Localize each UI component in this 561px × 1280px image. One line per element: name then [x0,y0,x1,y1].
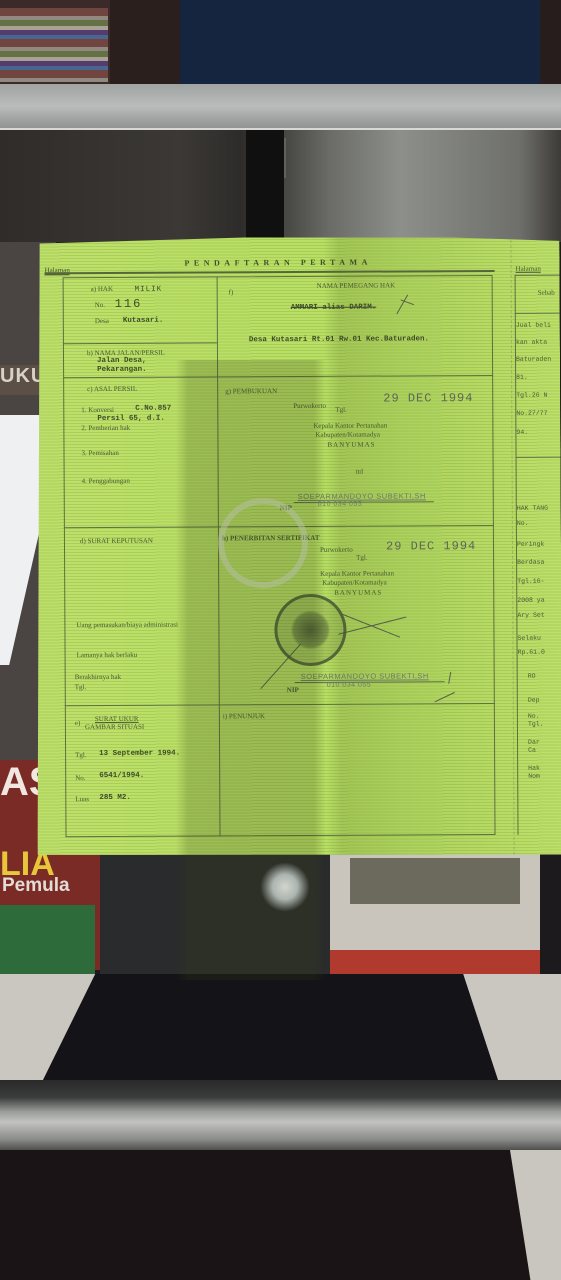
header-fragment: Sebab [538,289,555,297]
hak-no-value: 116 [115,297,143,311]
pemegang-name: AMMARI alias DARIM. [291,304,377,312]
second-page-line: Tgl.26 N [516,392,547,399]
land-certificate: Halaman PENDAFTARAN PERTAMA a) HAK MILIK… [34,235,561,858]
light-glare [260,862,310,912]
nip-value: 010 034 055 [327,682,371,689]
second-page-line: HAK TANG [517,505,548,512]
surat-ukur-prefix: e) [75,719,80,727]
keputusan-field: Berakhirnya hak [75,673,122,681]
second-page-line: 81. [516,374,528,381]
office-line: BANYUMAS [327,441,375,449]
second-page-line: Tgl.16- [517,578,544,585]
desa-label: Desa [95,317,109,325]
penunjuk-label: i) PENUNJUK [223,712,265,720]
office-line: Kepala Kantor Pertanahan [313,422,387,430]
asal-persil-item: 2. Pemberian hak [81,424,130,432]
surat-keputusan-label: d) SURAT KEPUTUSAN [80,537,153,545]
penerbitan-place: Purwokerto [320,546,353,554]
asal-persil-label: c) ASAL PERSIL [87,385,137,393]
poster-text: Pemula [2,875,70,897]
poster-right [330,852,540,976]
poster-photo [350,858,520,904]
asal-persil-item: 1. Konversi [81,406,114,414]
ukur-tgl-value: 13 September 1994. [99,750,180,758]
persil-value: Persil 65, d.I. [97,415,165,423]
second-page-line: Baturaden [516,356,551,363]
ukur-no-value: 6541/1994. [99,772,144,780]
second-page-line: Hak [528,765,540,772]
pembukuan-tgl-label: Tgl. [335,406,347,414]
office-line: BANYUMAS [334,589,382,597]
pemegang-address: Desa Kutasari Rt.01 Rw.01 Kec.Baturaden. [249,335,429,344]
office-line: Kepala Kantor Pertanahan [320,570,394,578]
second-page-line: Jual beli [516,322,551,329]
second-page-line: Ary Set [517,612,544,619]
books-stack [0,8,108,82]
hak-no-label: No. [95,301,105,309]
dark-reflection [40,974,500,1086]
second-page-line: Dar [528,739,540,746]
glass-post [246,130,284,242]
page-label: Halaman [516,265,541,273]
nip-label: NIP [287,686,299,694]
second-page-line: kan akta [516,339,547,346]
poster-footer [330,950,540,976]
pembukuan-label: g) PEMBUKUAN [225,387,277,395]
keputusan-field: Uang pemasukan/biaya administrasi [76,621,178,630]
pembukuan-date-stamp: 29 DEC 1994 [383,391,473,405]
hak-label: a) HAK [91,285,113,293]
nama-jalan-line: Jalan Desa, [97,357,147,365]
second-page-line: 2008 ya [517,597,544,604]
second-page-line: No. [528,713,540,720]
document-title: PENDAFTARAN PERTAMA [184,258,371,268]
second-page-line: Selaku [517,635,540,642]
second-page-line: Nom [528,773,540,780]
ukur-no-label: No. [75,774,85,782]
second-page: Halaman Sebab Jual beli kan akta Baturad… [510,235,561,855]
ukur-tgl-label: Tgl. [75,751,87,759]
pemegang-prefix: f) [229,288,234,296]
second-page-line: Peringk [517,541,544,548]
asal-persil-item: 4. Penggabungan [82,477,130,485]
ttd-label: ttd [356,468,363,476]
metal-rail [0,1080,561,1150]
official-name: SOEPARMANDOYO SUBEKTI,SH [301,671,429,681]
second-page-line: Tgl. [528,721,544,728]
second-page-line: Ca [528,747,536,754]
office-line: Kabupaten/Kotamadya [322,579,387,587]
office-line: Kabupaten/Kotamadya [315,431,380,439]
pemegang-hak-label: NAMA PEMEGANG HAK [317,281,396,289]
penerbitan-tgl-label: Tgl. [356,554,368,562]
pembukuan-place: Purwokerto [293,402,326,410]
asal-persil-item: 3. Pemisahan [81,449,118,457]
konversi-value: C.No.857 [135,405,171,413]
second-page-line: Rp.61.0 [518,649,545,656]
second-page-line: RO [528,673,536,680]
keputusan-field: Tgl. [75,683,87,691]
penerbitan-date-stamp: 29 DEC 1994 [386,539,476,553]
second-page-line: 94. [516,429,528,436]
second-page-line: Dep [528,697,540,704]
nama-jalan-line: Pekarangan. [97,366,147,374]
gambar-situasi-label: GAMBAR SITUASI [85,723,144,731]
second-page-line: Berdasa [517,559,544,566]
keputusan-field: Lamanya hak berlaku [77,651,138,659]
second-page-line: No. [517,520,529,527]
poster-map [0,905,95,980]
nama-jalan-label: b) NAMA JALAN/PERSIL [87,349,165,357]
embossed-seal [218,498,308,588]
hak-type: MILIK [135,286,163,294]
second-page-line: No.27/77 [516,410,547,417]
desa-value: Kutasari. [123,317,164,325]
luas-label: Luas [75,795,89,803]
garuda-emblem-icon [290,610,330,650]
shelf-rail [0,84,561,130]
nip-value: 010 034 055 [318,501,362,508]
luas-value: 285 M2. [99,794,131,802]
row-divider [515,313,561,314]
row-divider [516,457,561,458]
floor [0,1150,561,1280]
surat-ukur-label: SURAT UKUR [95,715,139,723]
title-rule [45,270,495,274]
official-name: SOEPARMANDOYO SUBEKTI,SH [298,491,426,501]
